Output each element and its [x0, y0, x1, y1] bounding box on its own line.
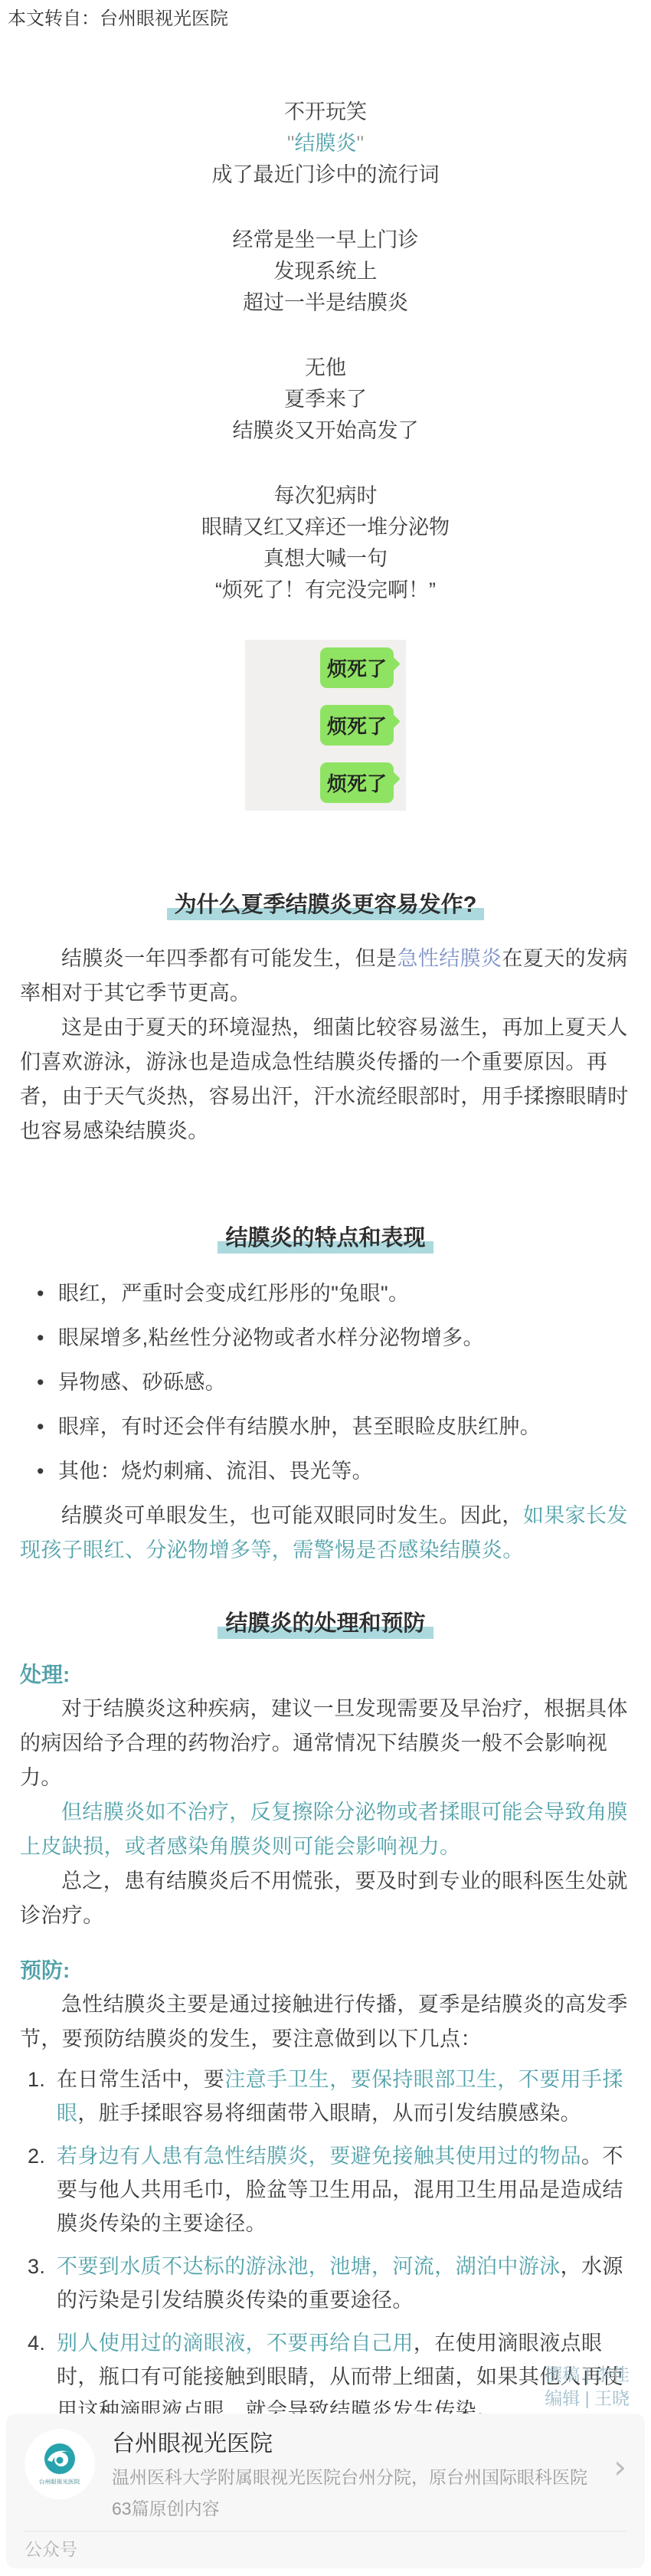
quote-mark: ": [357, 132, 365, 155]
section-title-why: 为什么夏季结膜炎更容易发作?: [0, 887, 651, 919]
poem-stanza: 不开玩笑 "结膜炎" 成了最近门诊中的流行词: [0, 97, 651, 191]
account-card-main: 台州眼视光医院 台州眼视光医院 温州医科大学附属眼视光医院台州分院，原台州国际眼…: [25, 2429, 626, 2520]
symptom-list: 眼红，严重时会变成红彤彤的"兔眼"。 眼屎增多,粘丝性分泌物或者水样分泌物增多。…: [0, 1277, 651, 1489]
paragraph: 对于结膜炎这种疾病，建议一旦发现需要及早治疗，根据具体的病因给予合理的药物治疗。…: [0, 1692, 651, 1795]
account-meta: 63篇原创内容: [112, 2497, 604, 2520]
keyword-conjunctivitis: 结膜炎: [295, 132, 357, 155]
avatar-caption: 台州眼视光医院: [39, 2477, 80, 2486]
acute-conjunctivitis-link[interactable]: 急性结膜炎: [397, 947, 502, 970]
step-highlight: 别人使用过的滴眼液，不要再给自己用: [57, 2332, 414, 2355]
chat-bubble: 烦死了: [320, 762, 394, 803]
chat-bubbles-image: 烦死了 烦死了 烦死了: [245, 640, 406, 811]
paragraph: 总之，患有结膜炎后不用慌张，要及时到专业的眼科医生处就诊治疗。: [0, 1864, 651, 1933]
list-item: 眼痒，有时还会伴有结膜水肿，甚至眼睑皮肤红肿。: [37, 1410, 631, 1444]
account-card-text: 台州眼视光医院 温州医科大学附属眼视光医院台州分院，原台州国际眼科医院 63篇原…: [112, 2429, 604, 2520]
credits: 撰稿 | 李佳 编辑 | 王晓: [545, 2363, 630, 2410]
poem-stanza: 经常是坐一早上门诊 发现系统上 超过一半是结膜炎: [0, 224, 651, 319]
warning-paragraph: 但结膜炎如不治疗，反复擦除分泌物或者揉眼可能会导致角膜上皮缺损，或者感染角膜炎则…: [0, 1795, 651, 1864]
account-name: 台州眼视光医院: [112, 2429, 604, 2460]
step-item: 若身边有人患有急性结膜炎，要避免接触其使用过的物品。不要与他人共用毛巾，脸盆等卫…: [28, 2139, 631, 2240]
poem-line: 经常是坐一早上门诊: [0, 224, 651, 256]
account-description: 温州医科大学附属眼视光医院台州分院，原台州国际眼科医院: [112, 2466, 604, 2489]
highlighted-title: 结膜炎的处理和预防: [218, 1610, 433, 1639]
poem-line: “烦死了！有完没完啊！”: [0, 575, 651, 606]
list-item: 眼红，严重时会变成红彤彤的"兔眼"。: [37, 1277, 631, 1311]
list-item: 异物感、砂砾感。: [37, 1365, 631, 1400]
handle-label: 处理:: [0, 1657, 651, 1692]
poem-line: 每次犯病时: [0, 480, 651, 512]
step-highlight: 若身边有人患有急性结膜炎，要避免接触其使用过的物品: [57, 2145, 581, 2168]
poem-line: 夏季来了: [0, 384, 651, 415]
prevent-label: 预防:: [0, 1953, 651, 1988]
official-account-card[interactable]: 台州眼视光医院 台州眼视光医院 温州医科大学附属眼视光医院台州分院，原台州国际眼…: [6, 2414, 645, 2568]
paragraph-text: 结膜炎可单眼发生，也可能双眼同时发生。因此，: [61, 1504, 523, 1527]
list-item: 其他：烧灼刺痛、流泪、畏光等。: [37, 1454, 631, 1489]
writer-credit: 撰稿 | 李佳: [545, 2363, 630, 2387]
poem-line: 超过一半是结膜炎: [0, 287, 651, 319]
step-text: 在日常生活中，要: [57, 2068, 224, 2091]
section-title-treatment: 结膜炎的处理和预防: [0, 1606, 651, 1637]
poem-line: 眼睛又红又痒还一堆分泌物: [0, 512, 651, 543]
poem-stanza: 每次犯病时 眼睛又红又痒还一堆分泌物 真想大喊一句 “烦死了！有完没完啊！”: [0, 480, 651, 606]
quote-mark: ": [287, 132, 295, 155]
paragraph-text: 结膜炎一年四季都有可能发生，但是: [61, 947, 397, 970]
poem-line: 结膜炎又开始高发了: [0, 415, 651, 447]
chevron-right-icon[interactable]: ›: [613, 2429, 626, 2506]
paragraph: 这是由于夏天的环境湿热，细菌比较容易滋生，再加上夏天人们喜欢游泳，游泳也是造成急…: [0, 1011, 651, 1149]
avatar: 台州眼视光医院: [25, 2429, 95, 2499]
section-title-features: 结膜炎的特点和表现: [0, 1221, 651, 1252]
step-text: ，脏手揉眼容易将细菌带入眼睛，从而引发结膜感染。: [77, 2102, 581, 2125]
poem-line: 无他: [0, 352, 651, 384]
hospital-logo-icon: [43, 2442, 77, 2476]
poem-line: 真想大喊一句: [0, 543, 651, 575]
step-item: 别人使用过的滴眼液，不要再给自己用，在使用滴眼液点眼时，瓶口有可能接触到眼睛，从…: [28, 2326, 631, 2427]
step-item: 在日常生活中，要注意手卫生，要保持眼部卫生，不要用手揉眼，脏手揉眼容易将细菌带入…: [28, 2063, 631, 2130]
paragraph: 急性结膜炎主要是通过接触进行传播，夏季是结膜炎的高发季节，要预防结膜炎的发生，要…: [0, 1988, 651, 2057]
poem-line: 发现系统上: [0, 256, 651, 287]
list-item: 眼屎增多,粘丝性分泌物或者水样分泌物增多。: [37, 1321, 631, 1355]
chat-row: 烦死了: [245, 705, 406, 746]
highlighted-title: 结膜炎的特点和表现: [218, 1224, 433, 1254]
article-page: 本文转自：台州眼视光医院 不开玩笑 "结膜炎" 成了最近门诊中的流行词 经常是坐…: [0, 0, 651, 2576]
account-type-label: 公众号: [25, 2532, 626, 2567]
step-highlight: 不要到水质不达标的游泳池，池塘，河流，湖泊中游泳: [57, 2255, 561, 2278]
paragraph: 结膜炎可单眼发生，也可能双眼同时发生。因此，如果家长发现孩子眼红、分泌物增多等，…: [0, 1499, 651, 1568]
poem-stanza: 无他 夏季来了 结膜炎又开始高发了: [0, 352, 651, 447]
step-item: 不要到水质不达标的游泳池，池塘，河流，湖泊中游泳，水源的污染是引发结膜炎传染的重…: [28, 2250, 631, 2317]
chat-bubble: 烦死了: [320, 705, 394, 746]
chat-row: 烦死了: [245, 762, 406, 803]
poem-line: "结膜炎": [0, 128, 651, 159]
highlighted-title: 为什么夏季结膜炎更容易发作?: [167, 891, 485, 920]
source-note: 本文转自：台州眼视光医院: [0, 0, 651, 31]
editor-credit: 编辑 | 王晓: [545, 2387, 630, 2410]
chat-row: 烦死了: [245, 647, 406, 688]
poem-line: 不开玩笑: [0, 97, 651, 128]
chat-bubble: 烦死了: [320, 647, 394, 688]
paragraph: 结膜炎一年四季都有可能发生，但是急性结膜炎在夏天的发病率相对于其它季节更高。: [0, 942, 651, 1011]
poem-line: 成了最近门诊中的流行词: [0, 159, 651, 191]
intro-poem: 不开玩笑 "结膜炎" 成了最近门诊中的流行词 经常是坐一早上门诊 发现系统上 超…: [0, 97, 651, 606]
